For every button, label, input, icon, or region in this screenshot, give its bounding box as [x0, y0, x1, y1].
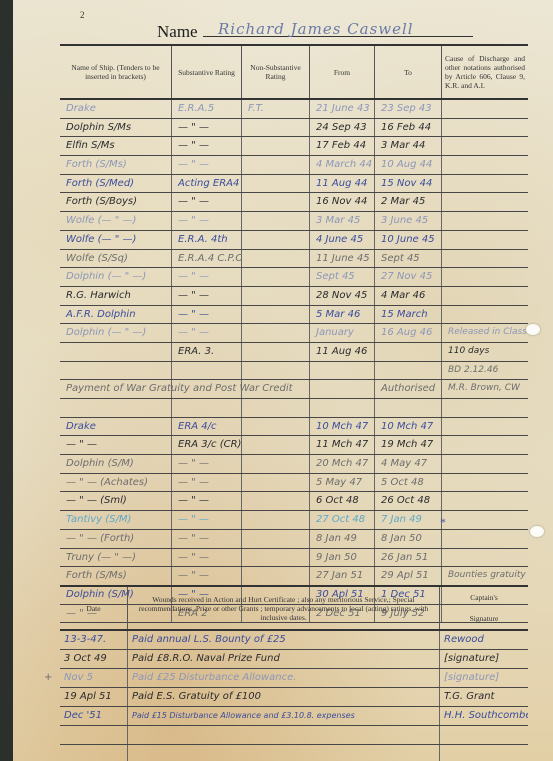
cell-from: 24 Sep 43 [310, 119, 375, 137]
table-row: Forth (S/Ms)— " —27 Jan 5129 Apl 51Bount… [60, 567, 528, 586]
cell-nonsub [242, 362, 310, 380]
cell-notes: Bounties gratuity [442, 567, 528, 585]
table-row: Dolphin S/Ms— " —24 Sep 4316 Feb 44 [60, 119, 528, 138]
table-row: Wolfe (S/Sq)E.R.A.4 C.P.O.11 June 45Sept… [60, 250, 528, 269]
cell-details: Paid £8.R.O. Naval Prize Fund [128, 650, 440, 668]
cell-nonsub [242, 212, 310, 230]
header-details: Wounds received in Action and Hurt Certi… [128, 587, 440, 629]
cell-nonsub [242, 287, 310, 305]
cell-details [128, 745, 440, 761]
table-row: BD 2.12.46 [60, 362, 528, 381]
cell-from [310, 380, 375, 398]
header-to: To [375, 46, 442, 98]
cell-sub: — " — [172, 156, 242, 174]
cell-from: 28 Nov 45 [310, 287, 375, 305]
cell-details: Paid £25 Disturbance Allowance. [128, 669, 440, 687]
cell-to [375, 399, 442, 417]
cell-from: 11 June 45 [310, 250, 375, 268]
cell-nonsub [242, 436, 310, 454]
page-marker: 2 [80, 10, 85, 20]
cell-to: 16 Aug 46 [375, 324, 442, 342]
cell-signature [440, 726, 528, 744]
cell-details: Paid annual L.S. Bounty of £25 [128, 631, 440, 649]
cell-from: 10 Mch 47 [310, 418, 375, 436]
cell-sub: — " — [172, 119, 242, 137]
cell-date: Dec '51 [60, 707, 128, 725]
cell-ship: A.F.R. Dolphin [60, 306, 172, 324]
cell-sub: — " — [172, 137, 242, 155]
cell-to: Sept 45 [375, 250, 442, 268]
cell-notes [442, 492, 528, 510]
cell-from: 11 Mch 47 [310, 436, 375, 454]
cell-to [375, 343, 442, 361]
table-row: A.F.R. Dolphin— " —5 Mar 4615 March [60, 306, 528, 325]
cell-date: 19 Apl 51 [60, 688, 128, 706]
cell-to: 15 Nov 44 [375, 175, 442, 193]
cell-to: 23 Sep 43 [375, 100, 442, 118]
cell-from: 27 Jan 51 [310, 567, 375, 585]
header-substantive-rating: Substantive Rating [172, 46, 242, 98]
table-row: Dec '51Paid £15 Disturbance Allowance an… [60, 707, 528, 726]
cell-ship: Truny (— " —) [60, 549, 172, 567]
punch-hole-bottom [530, 526, 544, 537]
cell-ship: Tantivy (S/M) [60, 511, 172, 529]
cell-to: 27 Nov 45 [375, 268, 442, 286]
cell-signature: T.G. Grant [440, 688, 528, 706]
cell-from: 4 March 44 [310, 156, 375, 174]
cell-from: 20 Mch 47 [310, 455, 375, 473]
table-row: — " — (Forth)— " —8 Jan 498 Jan 50 [60, 530, 528, 549]
cell-notes [442, 549, 528, 567]
cell-from: 16 Nov 44 [310, 193, 375, 211]
cell-nonsub [242, 156, 310, 174]
cell-sub: E.R.A.5 [172, 100, 242, 118]
cell-notes: BD 2.12.46 [442, 362, 528, 380]
header-ship-name: Name of Ship. (Tenders to be inserted in… [60, 46, 172, 98]
table-row: Nov 5Paid £25 Disturbance Allowance.[sig… [60, 669, 528, 688]
cell-ship: — " — [60, 436, 172, 454]
cell-sub [172, 399, 242, 417]
cell-nonsub [242, 418, 310, 436]
table-row: Forth (S/Med)Acting ERA4 (F.T.)11 Aug 44… [60, 175, 528, 194]
cell-from: January [310, 324, 375, 342]
cell-notes [442, 287, 528, 305]
cell-notes [442, 119, 528, 137]
cell-sub: E.R.A. 4th [172, 231, 242, 249]
cell-nonsub [242, 306, 310, 324]
cell-from: 3 Mar 45 [310, 212, 375, 230]
cell-notes [442, 418, 528, 436]
cell-sub: ERA 3/c (CR) [172, 436, 242, 454]
cell-ship: Drake [60, 418, 172, 436]
header-non-substantive-rating: Non-Substantive Rating [242, 46, 310, 98]
table-row: Truny (— " —)— " —9 Jan 5026 Jan 51 [60, 549, 528, 568]
cell-ship: Wolfe (S/Sq) [60, 250, 172, 268]
cell-nonsub [242, 324, 310, 342]
table-row: DrakeERA 4/c10 Mch 4710 Mch 47 [60, 418, 528, 437]
punch-hole-top [526, 324, 540, 335]
cell-notes: 110 days [442, 343, 528, 361]
awards-table-body: 13-3-47.Paid annual L.S. Bounty of £25Re… [60, 631, 528, 761]
cell-from: 17 Feb 44 [310, 137, 375, 155]
awards-table-header: Date Wounds received in Action and Hurt … [60, 587, 528, 631]
cell-from: 5 Mar 46 [310, 306, 375, 324]
cell-to: 3 June 45 [375, 212, 442, 230]
cell-to: 4 Mar 46 [375, 287, 442, 305]
cell-nonsub [242, 119, 310, 137]
table-row: — " —ERA 3/c (CR)11 Mch 4719 Mch 47 [60, 436, 528, 455]
cell-nonsub [242, 549, 310, 567]
table-row: 3 Oct 49Paid £8.R.O. Naval Prize Fund[si… [60, 650, 528, 669]
cell-signature [440, 745, 528, 761]
cell-nonsub [242, 231, 310, 249]
left-margin-mark: + [44, 672, 52, 683]
cell-notes [442, 231, 528, 249]
cell-date: Nov 5 [60, 669, 128, 687]
cell-nonsub [242, 343, 310, 361]
cell-notes [442, 399, 528, 417]
cell-nonsub: F.T. [242, 100, 310, 118]
cell-from: 11 Aug 44 [310, 175, 375, 193]
cell-notes [442, 474, 528, 492]
cell-from: 5 May 47 [310, 474, 375, 492]
table-row: Payment of War Gratuity and Post War Cre… [60, 380, 528, 399]
cell-nonsub [242, 567, 310, 585]
cell-from: 21 June 43 [310, 100, 375, 118]
service-history-table: Name of Ship. (Tenders to be inserted in… [60, 44, 528, 623]
cell-nonsub [242, 193, 310, 211]
cell-ship: Forth (S/Ms) [60, 156, 172, 174]
cell-to: 3 Mar 44 [375, 137, 442, 155]
cell-signature: H.H. Southcombe [440, 707, 528, 725]
cell-to: 2 Mar 45 [375, 193, 442, 211]
cell-notes [442, 511, 528, 529]
cell-nonsub [242, 474, 310, 492]
cell-to: 10 June 45 [375, 231, 442, 249]
cell-to: 29 Apl 51 [375, 567, 442, 585]
table-row [60, 399, 528, 418]
cell-sub: — " — [172, 567, 242, 585]
cell-signature: [signature] [440, 669, 528, 687]
table-row: 13-3-47.Paid annual L.S. Bounty of £25Re… [60, 631, 528, 650]
cell-ship: Forth (S/Med) [60, 175, 172, 193]
cell-notes [442, 100, 528, 118]
cell-from: 6 Oct 48 [310, 492, 375, 510]
cell-ship: Forth (S/Boys) [60, 193, 172, 211]
cell-notes [442, 193, 528, 211]
table-row: Forth (S/Ms)— " —4 March 4410 Aug 44 [60, 156, 528, 175]
cell-sub [172, 362, 242, 380]
cell-notes [442, 455, 528, 473]
cell-notes [442, 436, 528, 454]
table-row [60, 745, 528, 761]
cell-nonsub [242, 511, 310, 529]
table-row: 19 Apl 51Paid E.S. Gratuity of £100T.G. … [60, 688, 528, 707]
table-row: — " — (Sml)— " —6 Oct 4826 Oct 48 [60, 492, 528, 511]
cell-to: 4 May 47 [375, 455, 442, 473]
cell-notes [442, 156, 528, 174]
cell-signature: Rewood [440, 631, 528, 649]
cell-ship: Dolphin (— " —) [60, 268, 172, 286]
cell-ship [60, 399, 172, 417]
cell-ship: Wolfe (— " —) [60, 212, 172, 230]
cell-to: 10 Mch 47 [375, 418, 442, 436]
cell-ship: Wolfe (— " —) [60, 231, 172, 249]
cell-to [375, 362, 442, 380]
table-row: Wolfe (— " —)E.R.A. 4th4 June 4510 June … [60, 231, 528, 250]
cell-signature: [signature] [440, 650, 528, 668]
name-label: Name [157, 22, 198, 42]
cell-notes [442, 137, 528, 155]
cell-ship [60, 343, 172, 361]
table-row: Dolphin (S/M)— " —20 Mch 474 May 47 [60, 455, 528, 474]
cell-date: 3 Oct 49 [60, 650, 128, 668]
cell-nonsub [242, 399, 310, 417]
cell-ship: — " — (Achates) [60, 474, 172, 492]
cell-notes [442, 175, 528, 193]
cell-nonsub [242, 530, 310, 548]
cell-sub: — " — [172, 268, 242, 286]
cell-notes [442, 268, 528, 286]
cell-notes [442, 306, 528, 324]
cell-to: 19 Mch 47 [375, 436, 442, 454]
cell-to: 10 Aug 44 [375, 156, 442, 174]
cell-from [310, 362, 375, 380]
cell-nonsub [242, 492, 310, 510]
header-signature-line1: Captain's [470, 593, 498, 602]
cell-from: 11 Aug 46 [310, 343, 375, 361]
cell-from: 9 Jan 50 [310, 549, 375, 567]
cell-ship: — " — (Forth) [60, 530, 172, 548]
cell-to: 15 March [375, 306, 442, 324]
cell-notes [442, 250, 528, 268]
cell-from: Sept 45 [310, 268, 375, 286]
service-table-header: Name of Ship. (Tenders to be inserted in… [60, 46, 528, 100]
cell-ship: Drake [60, 100, 172, 118]
header-from: From [310, 46, 375, 98]
table-row: R.G. Harwich— " —28 Nov 454 Mar 46 [60, 287, 528, 306]
cell-to: 16 Feb 44 [375, 119, 442, 137]
cell-sub: — " — [172, 530, 242, 548]
header-captain-signature: Captain's Signature [440, 587, 528, 629]
cell-ship: — " — (Sml) [60, 492, 172, 510]
cell-details [128, 726, 440, 744]
cell-ship: Forth (S/Ms) [60, 567, 172, 585]
cell-sub: — " — [172, 549, 242, 567]
header-date: Date [60, 587, 128, 629]
cell-sub: — " — [172, 511, 242, 529]
header-signature-line2: Signature [470, 614, 499, 623]
name-value: Richard James Caswell [218, 20, 414, 38]
cell-sub: — " — [172, 287, 242, 305]
cell-date [60, 726, 128, 744]
cell-ship: Elfin S/Ms [60, 137, 172, 155]
table-row: Forth (S/Boys)— " —16 Nov 442 Mar 45 [60, 193, 528, 212]
cell-sub: ERA. 3. [172, 343, 242, 361]
cell-from: 4 June 45 [310, 231, 375, 249]
cell-sub: — " — [172, 455, 242, 473]
cell-to: 5 Oct 48 [375, 474, 442, 492]
table-row: Dolphin (— " —)— " —Sept 4527 Nov 45 [60, 268, 528, 287]
cell-details: Paid E.S. Gratuity of £100 [128, 688, 440, 706]
cell-to: 26 Jan 51 [375, 549, 442, 567]
table-row: Dolphin (— " —)— " —January16 Aug 46Rele… [60, 324, 528, 343]
cell-sub: — " — [172, 324, 242, 342]
star-mark: * [440, 515, 446, 530]
table-row: Tantivy (S/M)— " —27 Oct 487 Jan 49 [60, 511, 528, 530]
cell-nonsub [242, 137, 310, 155]
table-row: Wolfe (— " —)— " —3 Mar 453 June 45 [60, 212, 528, 231]
cell-to: 7 Jan 49 [375, 511, 442, 529]
cell-ship: Dolphin (S/M) [60, 455, 172, 473]
cell-from [310, 399, 375, 417]
table-row: ERA. 3.11 Aug 46110 days [60, 343, 528, 362]
cell-ship [60, 362, 172, 380]
table-row: Elfin S/Ms— " —17 Feb 443 Mar 44 [60, 137, 528, 156]
cell-sub: E.R.A.4 C.P.O. [172, 250, 242, 268]
cell-sub: — " — [172, 193, 242, 211]
header-discharge-cause: Cause of Discharge and other notations a… [442, 46, 528, 98]
cell-notes [442, 212, 528, 230]
cell-to: 26 Oct 48 [375, 492, 442, 510]
table-row: — " — (Achates)— " —5 May 475 Oct 48 [60, 474, 528, 493]
cell-sub: Acting ERA4 (F.T.) [172, 175, 242, 193]
cell-to: 8 Jan 50 [375, 530, 442, 548]
cell-details: Paid £15 Disturbance Allowance and £3.10… [128, 707, 440, 725]
cell-sub: — " — [172, 492, 242, 510]
cell-sub: — " — [172, 474, 242, 492]
cell-sub: — " — [172, 306, 242, 324]
cell-notes [442, 530, 528, 548]
cell-notes: Released in Class A [442, 324, 528, 342]
table-row: DrakeE.R.A.5F.T.21 June 4323 Sep 43 [60, 100, 528, 119]
table-row [60, 726, 528, 745]
cell-ship: Dolphin (— " —) [60, 324, 172, 342]
cell-from: 8 Jan 49 [310, 530, 375, 548]
cell-nonsub [242, 268, 310, 286]
service-table-body: DrakeE.R.A.5F.T.21 June 4323 Sep 43Dolph… [60, 100, 528, 623]
cell-date: 13-3-47. [60, 631, 128, 649]
cell-nonsub [242, 455, 310, 473]
cell-ship: R.G. Harwich [60, 287, 172, 305]
binder-edge [0, 0, 13, 761]
awards-table: Date Wounds received in Action and Hurt … [60, 585, 528, 761]
cell-nonsub [242, 175, 310, 193]
cell-to: Authorised [375, 380, 442, 398]
cell-nonsub [242, 250, 310, 268]
cell-notes: M.R. Brown, CW [442, 380, 528, 398]
cell-ship: Payment of War Gratuity and Post War Cre… [60, 380, 172, 398]
cell-sub: — " — [172, 212, 242, 230]
cell-date [60, 745, 128, 761]
cell-sub: ERA 4/c [172, 418, 242, 436]
cell-ship: Dolphin S/Ms [60, 119, 172, 137]
cell-from: 27 Oct 48 [310, 511, 375, 529]
